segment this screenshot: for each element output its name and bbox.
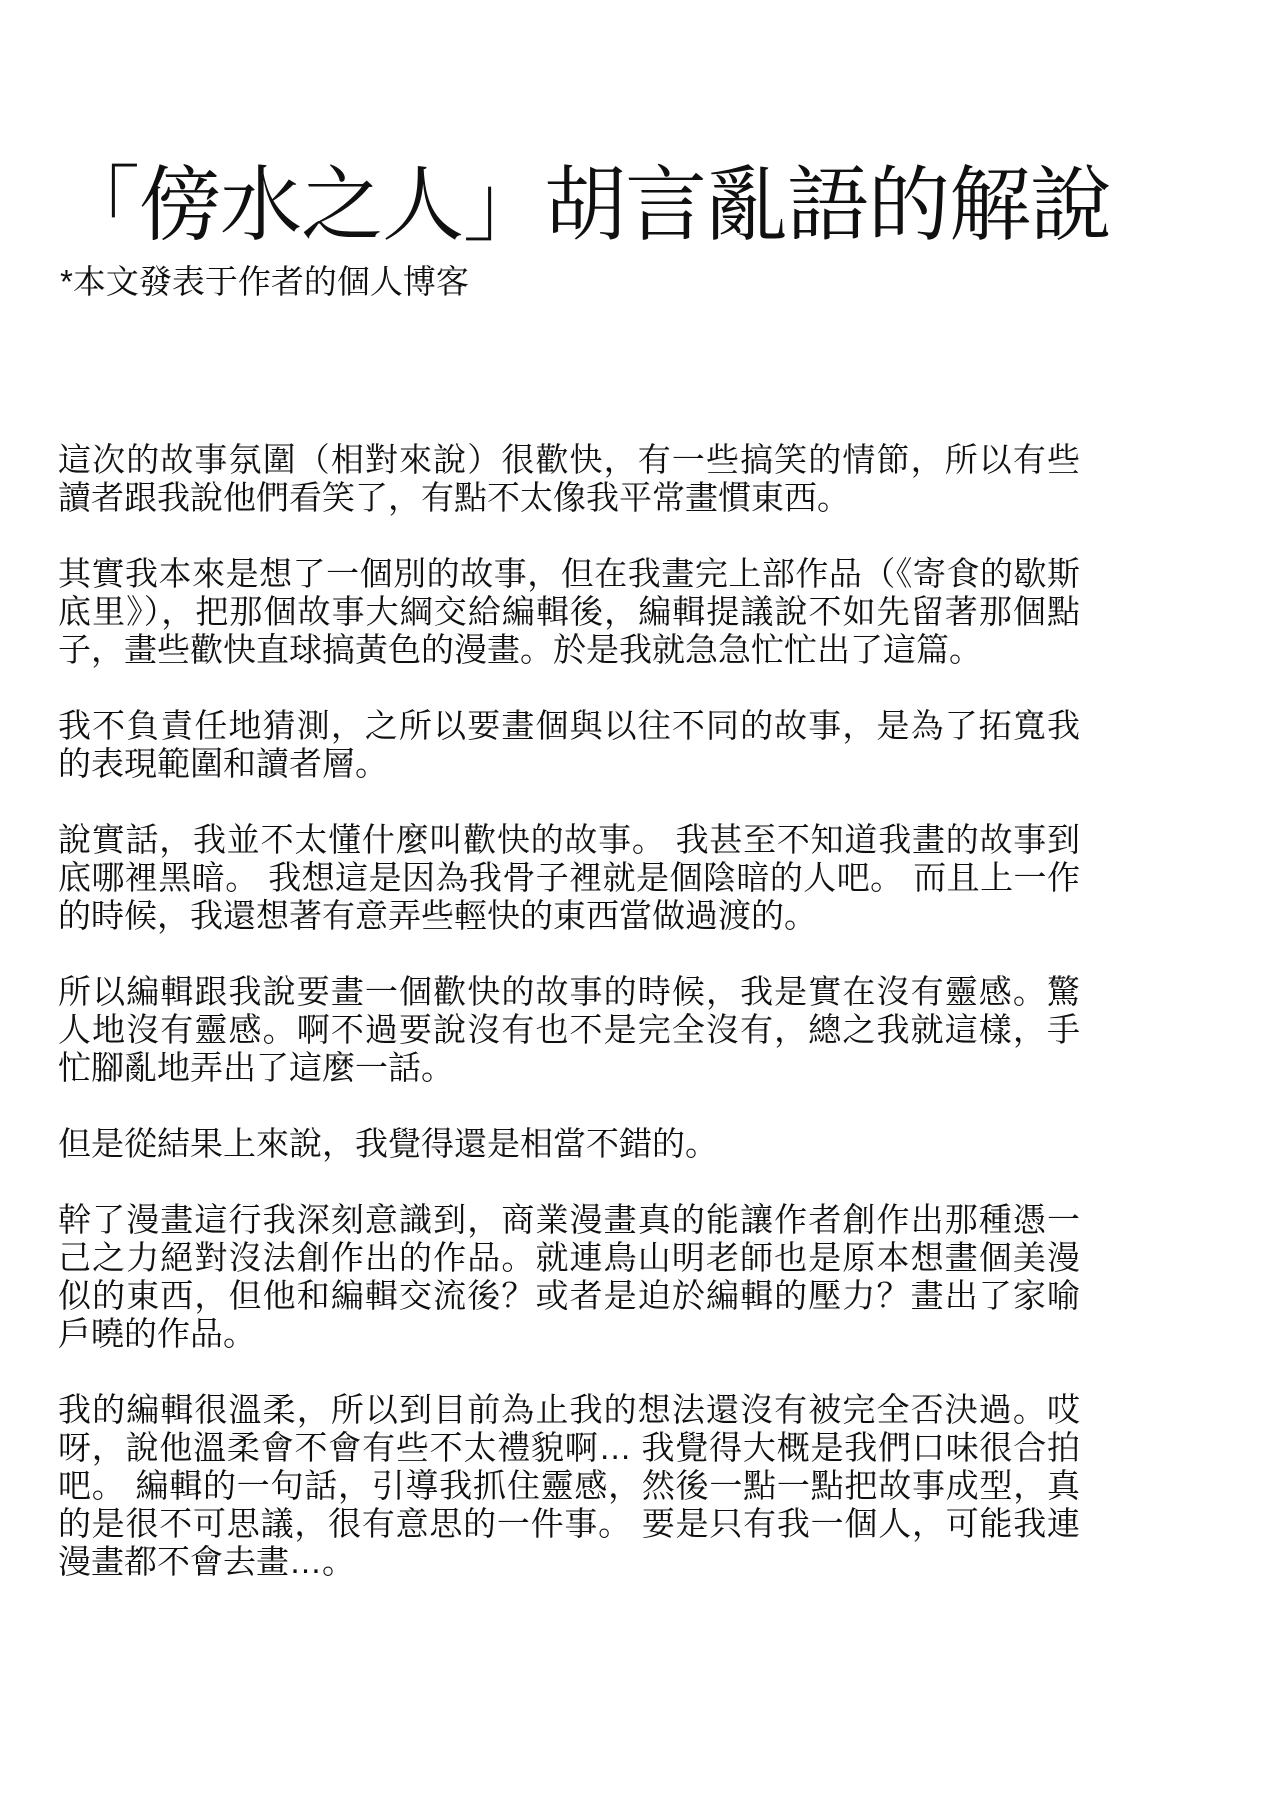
article-body: 這次的故事氛圍（相對來說）很歡快，有一些搞笑的情節，所以有些讀者跟我說他們看笑了… xyxy=(58,441,1080,1581)
paragraph-1: 這次的故事氛圍（相對來說）很歡快，有一些搞笑的情節，所以有些讀者跟我說他們看笑了… xyxy=(58,441,1080,517)
paragraph-4: 說實話，我並不太懂什麼叫歡快的故事。 我甚至不知道我畫的故事到底哪裡黑暗。 我想… xyxy=(58,821,1080,935)
paragraph-7: 幹了漫畫這行我深刻意識到，商業漫畫真的能讓作者創作出那種憑一己之力絕對沒法創作出… xyxy=(58,1201,1080,1353)
paragraph-2: 其實我本來是想了一個別的故事，但在我畫完上部作品（《寄食的歇斯底里》），把那個故… xyxy=(58,555,1080,669)
page-subtitle: *本文發表于作者的個人博客 xyxy=(60,262,1090,302)
article-page: 「傍水之人」胡言亂語的解說 *本文發表于作者的個人博客 這次的故事氛圍（相對來說… xyxy=(0,0,1280,1808)
paragraph-6: 但是從結果上來說，我覺得還是相當不錯的。 xyxy=(58,1125,1080,1163)
paragraph-5: 所以編輯跟我說要畫一個歡快的故事的時候，我是實在沒有靈感。驚人地沒有靈感。啊不過… xyxy=(58,973,1080,1087)
paragraph-3: 我不負責任地猜測，之所以要畫個與以往不同的故事，是為了拓寬我的表現範圍和讀者層。 xyxy=(58,707,1080,783)
paragraph-8: 我的編輯很溫柔，所以到目前為止我的想法還沒有被完全否決過。哎呀，說他溫柔會不會有… xyxy=(58,1391,1080,1581)
page-title: 「傍水之人」胡言亂語的解說 xyxy=(58,160,1090,252)
